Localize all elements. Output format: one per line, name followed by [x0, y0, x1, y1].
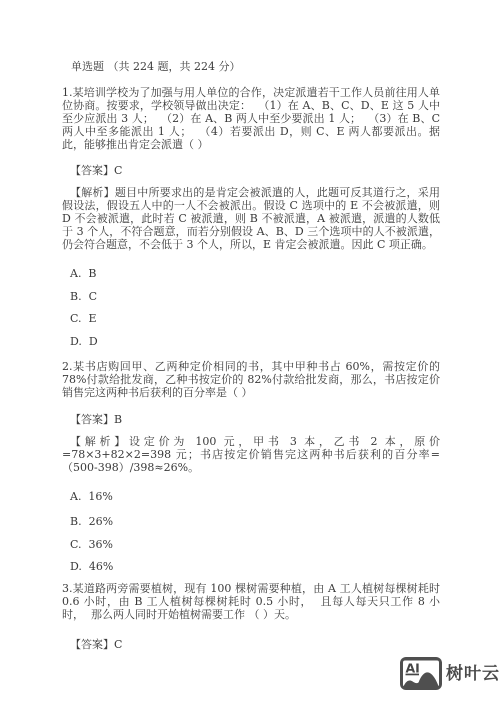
question-1-option-a: A. B: [62, 267, 440, 280]
question-3-stem: 3.某道路两旁需要植树，现有 100 棵树需要种植，由 A 工人植树每棵树耗时 …: [62, 582, 440, 621]
brand-name: 树叶云: [446, 666, 500, 683]
exam-content: 单选题 （共 224 题，共 224 分） 1.某培训学校为了加强与用人单位的合…: [62, 60, 440, 651]
question-1-answer: 【答案】C: [62, 164, 440, 177]
brand-watermark: AI 树叶云: [400, 657, 500, 690]
logo-ai-text: AI: [406, 661, 420, 676]
question-1-option-c: C. E: [62, 312, 440, 325]
question-1-analysis: 【解析】题目中所要求出的是肯定会被派遣的人，此题可反其道行之，采用假设法，假设五…: [62, 186, 440, 251]
question-2-option-b: B. 26%: [62, 515, 440, 528]
question-2-option-d: D. 46%: [62, 560, 440, 573]
question-1-option-b: B. C: [62, 290, 440, 303]
logo-underline: [406, 674, 420, 676]
question-1-stem: 1.某培训学校为了加强与用人单位的合作，决定派遣若干工作人员前往用人单位协商。按…: [62, 86, 440, 151]
question-3-answer: 【答案】C: [62, 638, 440, 651]
question-1-option-d: D. D: [62, 335, 440, 348]
ai-picture-logo-icon: AI: [400, 657, 442, 690]
question-2-answer: 【答案】B: [62, 413, 440, 426]
section-heading: 单选题 （共 224 题，共 224 分）: [62, 60, 440, 73]
question-2-option-a: A. 16%: [62, 490, 440, 503]
question-2-analysis: 【解析】设定价为 100 元，甲书 3 本，乙书 2 本，原价=78×3+82×…: [62, 435, 440, 474]
question-2-stem: 2.某书店购回甲、乙两种定价相同的书，其中甲种书占 60%，需按定价的 78%付…: [62, 360, 440, 399]
question-2-option-c: C. 36%: [62, 538, 440, 551]
